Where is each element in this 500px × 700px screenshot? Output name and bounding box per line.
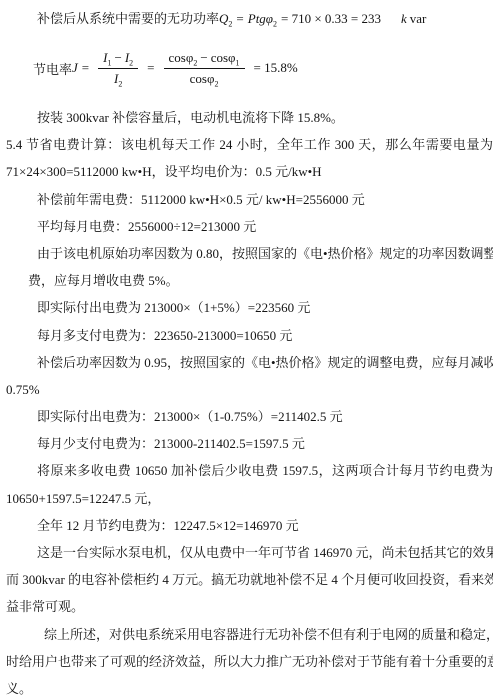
- text-line: 益非常可观。: [6, 593, 493, 620]
- fraction-current-denominator: I2: [98, 69, 138, 88]
- text-line: 将原来多收电费 10650 加补偿后少收电费 1597.5，这两项合计每月节约电…: [6, 457, 493, 484]
- text-line: 平均每月电费：2556000÷12=213000 元: [6, 213, 493, 240]
- unit-var: var: [410, 11, 427, 26]
- unit-k: k: [401, 11, 407, 26]
- cos-phi-term: cosφ: [190, 71, 215, 86]
- subscript: 2: [193, 59, 197, 68]
- formula-q-calculation: = 710 × 0.33 = 233: [281, 11, 381, 26]
- formula-j-result: = 15.8%: [254, 60, 298, 76]
- fraction-cos-denominator: cosφ2: [164, 69, 245, 88]
- formula-power-saving-rate-line: 节电率J=I1−I2I2=cosφ2−cosφ1cosφ2= 15.8%: [6, 32, 493, 104]
- cos-phi-term: cosφ: [169, 50, 194, 65]
- formula-reactive-power-line: 补偿后从系统中需要的无功功率Q2=Ptgφ2= 710 × 0.33 = 233…: [6, 6, 493, 32]
- fraction-current-numerator: I1−I2: [98, 49, 138, 69]
- subscript: 1: [107, 59, 111, 68]
- text-line: 71×24×300=5112000 kw•H，设平均电价为：0.5 元/kw•H: [6, 158, 493, 185]
- minus-sign: −: [200, 50, 207, 65]
- equals-sign: =: [147, 60, 154, 76]
- text-line: 由于该电机原始功率因数为 0.80，按照国家的《电•热价格》规定的功率因数调整电: [6, 240, 493, 267]
- text-line: 0.75%: [6, 376, 493, 403]
- text-line: 全年 12 月节约电费为：12247.5×12=146970 元: [6, 512, 493, 539]
- text-line: 每月多支付电费为：223650-213000=10650 元: [6, 322, 493, 349]
- text-line: 时给用户也带来了可观的经济效益，所以大力推广无功补偿对于节能有着十分重要的意: [6, 648, 493, 675]
- text-line: 而 300kvar 的电容补偿柜约 4 万元。搞无功就地补偿不足 4 个月便可收…: [6, 566, 493, 593]
- subscript: 1: [236, 59, 240, 68]
- formula-j-label: 节电率: [33, 59, 72, 78]
- text-line-section-heading: 5.4 节省电费计算：该电机每天工作 24 小时，全年工作 300 天，那么年需…: [6, 131, 493, 158]
- equals-sign: =: [236, 11, 243, 26]
- text-line: 补偿后功率因数为 0.95，按照国家的《电•热价格》规定的调整电费，应每月减收: [6, 349, 493, 376]
- text-line: 补偿前年需电费：5112000 kw•H×0.5 元/ kw•H=2556000…: [6, 186, 493, 213]
- text-line: 即实际付出电费为：213000×（1-0.75%）=211402.5 元: [6, 403, 493, 430]
- subscript: 2: [129, 59, 133, 68]
- text-line: 义。: [6, 675, 493, 700]
- subscript: 2: [118, 79, 122, 88]
- formula-q-prefix-text: 补偿后从系统中需要的无功功率: [37, 11, 219, 26]
- text-line: 这是一台实际水泵电机，仅从电费中一年可节省 146970 元，尚未包括其它的效果…: [6, 539, 493, 566]
- formula-j-variable: J: [72, 60, 78, 76]
- equals-sign: =: [82, 60, 89, 76]
- minus-sign: −: [114, 50, 121, 65]
- text-line: 每月少支付电费为：213000-211402.5=1597.5 元: [6, 430, 493, 457]
- text-line: 综上所述，对供电系统采用电容器进行无功补偿不但有利于电网的质量和稳定，同: [6, 621, 493, 648]
- text-line: 费，应每月增收电费 5%。: [6, 267, 493, 294]
- formula-q-variable: Q: [219, 11, 228, 26]
- fraction-cos: cosφ2−cosφ1cosφ2: [164, 49, 245, 87]
- formula-ptg-variable: Ptgφ: [248, 11, 273, 26]
- text-line: 10650+1597.5=12247.5 元，: [6, 485, 493, 512]
- subscript: 2: [214, 79, 218, 88]
- fraction-cos-numerator: cosφ2−cosφ1: [164, 49, 245, 69]
- formula-q-subscript: 2: [228, 20, 232, 29]
- cos-phi-term: cosφ: [211, 50, 236, 65]
- formula-ptg-subscript: 2: [273, 20, 277, 29]
- text-line: 即实际付出电费为 213000×（1+5%）=223560 元: [6, 294, 493, 321]
- document-page: 补偿后从系统中需要的无功功率Q2=Ptgφ2= 710 × 0.33 = 233…: [0, 0, 500, 700]
- text-line: 按装 300kvar 补偿容量后，电动机电流将下降 15.8%。: [6, 104, 493, 131]
- fraction-current: I1−I2I2: [98, 49, 138, 87]
